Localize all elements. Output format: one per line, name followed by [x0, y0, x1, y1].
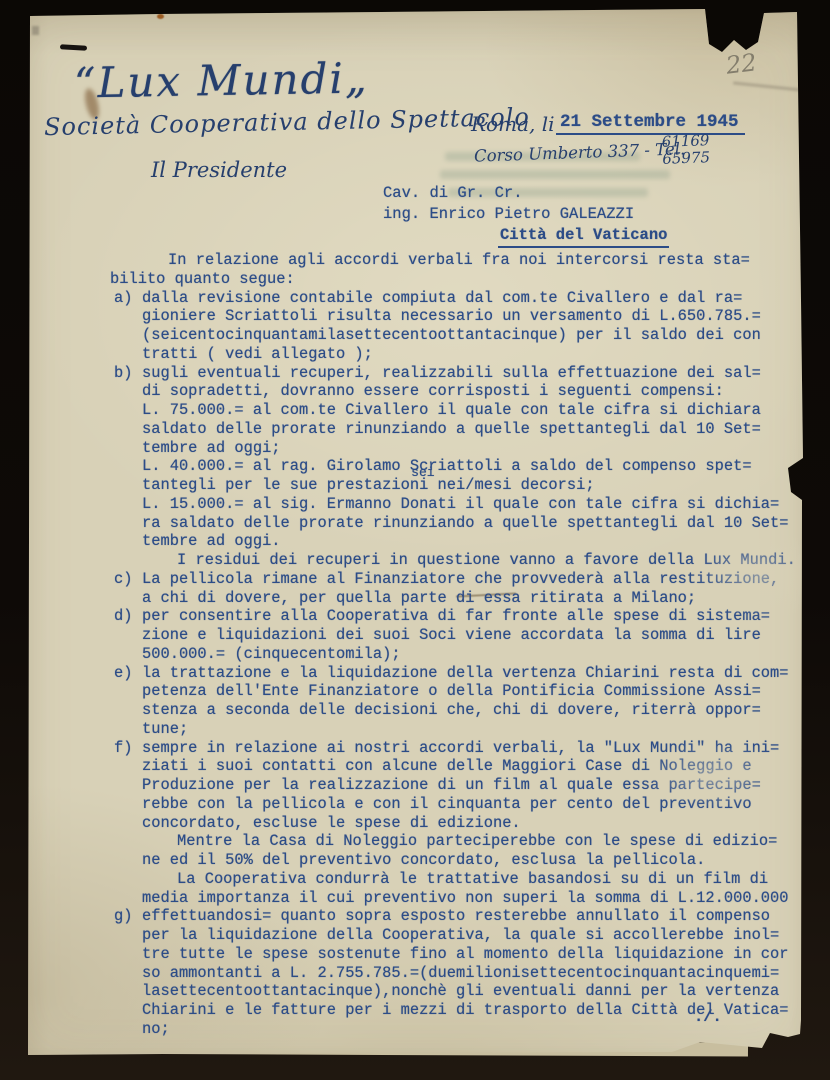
list-item-marker: g)	[114, 907, 132, 926]
body-line: concordato, escluse le spese di edizione…	[110, 814, 816, 833]
body-line-text: bilito quanto segue:	[110, 270, 295, 289]
bleed-through-smudge	[440, 170, 670, 179]
body-line-text: gioniere Scriattoli risulta necessario u…	[142, 307, 761, 326]
body-line-text: tembre ad oggi;	[142, 439, 281, 458]
list-item-marker: f)	[114, 739, 132, 758]
continuation-mark: ./.	[694, 1008, 722, 1026]
phone-number: 65975	[662, 149, 710, 168]
body-line-text: Chiarini e le fatture per i mezzi di tra…	[142, 1001, 789, 1020]
body-line-text: La Cooperativa condurrà le trattative ba…	[177, 870, 768, 889]
body-line-text: sugli eventuali recuperi, realizzabili s…	[142, 364, 761, 383]
body-line: bilito quanto segue:	[110, 270, 816, 289]
body-line-text: effettuandosi= quanto sopra esposto rest…	[142, 907, 770, 926]
body-line-text: tre tutte le spese sostenute fino al mom…	[142, 945, 789, 964]
body-line-text: concordato, escluse le spese di edizione…	[142, 814, 521, 833]
letterhead-company-name: “Lux Mundi„	[74, 53, 369, 107]
list-item-marker: c)	[114, 570, 132, 589]
body-line: Produzione per la realizzazione di un fi…	[110, 776, 816, 795]
body-line-text: L. 75.000.= al com.te Civallero il quale…	[142, 401, 761, 420]
recipient-honorific: Cav. di Gr. Cr.	[383, 183, 669, 204]
body-line-text: (seicentocinquantamilasettecentoottantac…	[142, 326, 761, 345]
body-line-text: Mentre la Casa di Noleggio parteciperebb…	[177, 832, 777, 851]
body-line-text: La pellicola rimane al Finanziatore che …	[142, 570, 779, 589]
body-line: L. 75.000.= al com.te Civallero il quale…	[110, 401, 816, 420]
body-line: c)La pellicola rimane al Finanziatore ch…	[110, 570, 816, 589]
body-line: tantegli per le sue prestazioni nei/mesi…	[110, 476, 816, 495]
body-line: d)per consentire alla Cooperativa di far…	[110, 607, 816, 626]
letterhead-company-subtitle: Società Cooperativa dello Spettacolo	[44, 103, 530, 141]
pen-dash-mark	[60, 44, 87, 50]
body-line-text: a chi di dovere, per quella parte di ess…	[142, 589, 696, 608]
body-line-text: ra saldato delle prorate rinunziando a q…	[142, 514, 789, 533]
inserted-word-annotation: sei	[411, 464, 434, 483]
body-line: g)effettuandosi= quanto sopra esposto re…	[110, 907, 816, 926]
body-line: e)la trattazione e la liquidazione della…	[110, 664, 816, 683]
body-line-text: L. 15.000.= al sig. Ermanno Donati il qu…	[142, 495, 779, 514]
body-line: lasettecentoottantacinque),nonchè gli ev…	[110, 982, 816, 1001]
body-line-text: Produzione per la realizzazione di un fi…	[142, 776, 761, 795]
body-line: tratti ( vedi allegato );	[110, 345, 816, 364]
recipient-block: Cav. di Gr. Cr. ing. Enrico Pietro GALEA…	[383, 183, 669, 248]
letterhead-city-prefix: Roma, li	[471, 112, 555, 136]
pencil-smudge	[733, 81, 821, 93]
body-line: so ammontanti a L. 2.755.785.=(duemilion…	[110, 964, 816, 983]
body-line-text: lasettecentoottantacinque),nonchè gli ev…	[142, 982, 779, 1001]
body-line: tembre ad oggi;	[110, 439, 816, 458]
body-line: f)sempre in relazione ai nostri accordi …	[110, 739, 816, 758]
rust-stain	[157, 14, 164, 19]
body-line-text: media importanza il cui preventivo non s…	[142, 889, 789, 908]
body-line-text: tratti ( vedi allegato );	[142, 345, 373, 364]
body-line: Mentre la Casa di Noleggio parteciperebb…	[110, 832, 816, 851]
body-line: gioniere Scriattoli risulta necessario u…	[110, 307, 816, 326]
body-line-text: tantegli per le sue prestazioni nei/mesi…	[142, 476, 595, 495]
body-line-text: rebbe con la pellicola e con il cinquant…	[142, 795, 752, 814]
body-line: (seicentocinquantamilasettecentoottantac…	[110, 326, 816, 345]
recipient-name: ing. Enrico Pietro GALEAZZI	[383, 204, 669, 225]
body-line-text: zione e liquidazioni dei suoi Soci viene…	[142, 626, 761, 645]
body-line-text: In relazione agli accordi verbali fra no…	[168, 251, 750, 270]
body-line-text: no;	[142, 1020, 170, 1039]
body-line-text: ziati i suoi contatti con alcune delle M…	[142, 757, 752, 776]
body-line-text: la trattazione e la liquidazione della v…	[142, 664, 789, 683]
photographed-letter: 22 “Lux Mundi„ Società Cooperativa dello…	[0, 0, 830, 1080]
body-line: L. 15.000.= al sig. Ermanno Donati il qu…	[110, 495, 816, 514]
body-line-text: stenza a seconda delle decisioni che, ch…	[142, 701, 761, 720]
body-line: ne ed il 50% del preventivo concordato, …	[110, 851, 816, 870]
body-line: zione e liquidazioni dei suoi Soci viene…	[110, 626, 816, 645]
body-line: a chi di dovere, per quella parte di ess…	[110, 589, 816, 608]
body-line: ziati i suoi contatti con alcune delle M…	[110, 757, 816, 776]
body-line: In relazione agli accordi verbali fra no…	[110, 251, 816, 270]
body-line-text: dalla revisione contabile compiuta dal c…	[142, 289, 742, 308]
body-line: b)sugli eventuali recuperi, realizzabili…	[110, 364, 816, 383]
body-line: 500.000.= (cinquecentomila);	[110, 645, 816, 664]
body-line: tembre ad oggi.	[110, 532, 816, 551]
body-line: saldato delle prorate rinunziando a quel…	[110, 420, 816, 439]
body-line-text: petenza dell'Ente Finanziatore o della P…	[142, 682, 761, 701]
body-line: I residui dei recuperi in questione vann…	[110, 551, 816, 570]
handwritten-page-number: 22	[724, 48, 758, 80]
body-line-text: so ammontanti a L. 2.755.785.=(duemilion…	[142, 964, 779, 983]
letterhead-phone-numbers: 61169 65975	[661, 132, 710, 168]
body-line: tune;	[110, 720, 816, 739]
body-line-text: tembre ad oggi.	[142, 532, 281, 551]
pencil-corner-mark	[32, 26, 39, 35]
list-item-marker: d)	[114, 607, 132, 626]
body-line-text: saldato delle prorate rinunziando a quel…	[142, 420, 761, 439]
body-line-text: per la liquidazione della Cooperativa, l…	[142, 926, 779, 945]
body-line-text: ne ed il 50% del preventivo concordato, …	[142, 851, 705, 870]
body-line: di sopradetti, dovranno essere corrispos…	[110, 382, 816, 401]
body-line: ra saldato delle prorate rinunziando a q…	[110, 514, 816, 533]
list-item-marker: b)	[114, 364, 132, 383]
body-line-text: di sopradetti, dovranno essere corrispos…	[142, 382, 724, 401]
list-item-marker: e)	[114, 664, 132, 683]
body-line: a)dalla revisione contabile compiuta dal…	[110, 289, 816, 308]
body-line: per la liquidazione della Cooperativa, l…	[110, 926, 816, 945]
letterhead-sender-title: Il Presidente	[151, 158, 287, 182]
body-line: tre tutte le spese sostenute fino al mom…	[110, 945, 816, 964]
body-line-text: 500.000.= (cinquecentomila);	[142, 645, 401, 664]
body-line: rebbe con la pellicola e con il cinquant…	[110, 795, 816, 814]
body-line: L. 40.000.= al rag. Girolamo Scriattoli …	[110, 457, 816, 476]
typed-date: 21 Settembre 1945	[556, 112, 745, 135]
body-line-text: sempre in relazione ai nostri accordi ve…	[142, 739, 779, 758]
body-line: La Cooperativa condurrà le trattative ba…	[110, 870, 816, 889]
body-line: media importanza il cui preventivo non s…	[110, 889, 816, 908]
recipient-city: Città del Vaticano	[498, 225, 669, 248]
body-lines: In relazione agli accordi verbali fra no…	[110, 251, 816, 1039]
letterhead-address-line: Corso Umberto 337 - Tel.	[474, 139, 686, 165]
body-line-text: tune;	[142, 720, 188, 739]
body-line-text: L. 40.000.= al rag. Girolamo Scriattoli …	[142, 457, 752, 476]
body-line: stenza a seconda delle decisioni che, ch…	[110, 701, 816, 720]
letter-paper: 22 “Lux Mundi„ Società Cooperativa dello…	[0, 0, 830, 1080]
body-line-text: per consentire alla Cooperativa di far f…	[142, 607, 770, 626]
body-line-text: I residui dei recuperi in questione vann…	[177, 551, 796, 570]
body-line: petenza dell'Ente Finanziatore o della P…	[110, 682, 816, 701]
list-item-marker: a)	[114, 289, 132, 308]
